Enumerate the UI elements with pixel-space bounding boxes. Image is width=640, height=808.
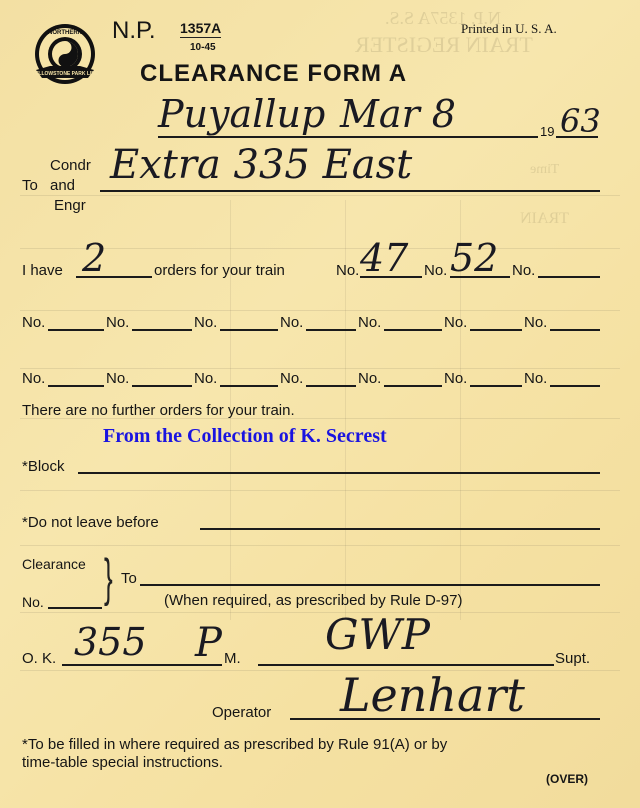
order-field[interactable] [48, 329, 104, 331]
northern-pacific-logo-icon: YELLOWSTONE PARK LINE NORTHERN [30, 22, 100, 92]
station-date-line [158, 136, 538, 138]
form-number: 1357A [180, 20, 221, 38]
date-value[interactable]: Mar 8 [340, 92, 456, 136]
ok-time-line [62, 664, 222, 666]
block-label: *Block [22, 458, 65, 475]
year-value[interactable]: 63 [560, 102, 601, 140]
order-field[interactable] [220, 329, 278, 331]
supt-line [258, 664, 554, 666]
operator-label: Operator [212, 704, 271, 721]
order-field[interactable] [470, 385, 522, 387]
no-label: No. [424, 262, 447, 279]
clearance-form-paper: N.P. 1357A S.S. TRAIN REGISTER TRAIN Tim… [0, 0, 640, 808]
ok-label: O. K. [22, 650, 56, 667]
ok-time-value[interactable]: 355 [74, 620, 147, 664]
form-revision: 10-45 [190, 42, 216, 53]
to-label: To [22, 177, 38, 194]
order-number-1-line [360, 276, 422, 278]
no-label: No. [358, 314, 381, 331]
rule-d97-note: (When required, as prescribed by Rule D-… [164, 592, 462, 609]
no-label: No. [106, 314, 129, 331]
addressee-value[interactable]: Extra 335 East [110, 142, 412, 188]
no-label: No. [194, 370, 217, 387]
no-label: No. [358, 370, 381, 387]
svg-text:NORTHERN: NORTHERN [48, 30, 82, 36]
footnote-line-2: time-table special instructions. [22, 754, 223, 771]
no-label: No. [336, 262, 359, 279]
engr-label: Engr [54, 197, 86, 214]
collection-watermark: From the Collection of K. Secrest [103, 425, 387, 448]
order-field[interactable] [220, 385, 278, 387]
order-field[interactable] [306, 329, 356, 331]
order-number-1[interactable]: 47 [360, 236, 408, 280]
operator-line [290, 718, 600, 720]
ok-pm-value[interactable]: P [195, 620, 222, 666]
order-field[interactable] [550, 385, 600, 387]
no-label: No. [524, 314, 547, 331]
do-not-leave-label: *Do not leave before [22, 514, 159, 531]
no-label: No. [22, 370, 45, 387]
order-count-value[interactable]: 2 [82, 236, 106, 280]
order-number-3-line[interactable] [538, 276, 600, 278]
order-field[interactable] [384, 385, 442, 387]
order-field[interactable] [550, 329, 600, 331]
form-title: CLEARANCE FORM A [140, 60, 407, 88]
year-prefix: 19 [540, 124, 554, 139]
clearance-no-field[interactable] [48, 607, 102, 609]
clearance-to-label: To [121, 570, 137, 587]
brace-icon: } [104, 548, 113, 608]
no-label: No. [22, 314, 45, 331]
no-label: No. [194, 314, 217, 331]
order-field[interactable] [132, 329, 192, 331]
order-number-2[interactable]: 52 [450, 236, 498, 280]
no-label: No. [524, 370, 547, 387]
no-further-orders-text: There are no further orders for your tra… [22, 402, 295, 419]
supt-initials-value[interactable]: GWP [325, 610, 430, 659]
order-number-2-line [450, 276, 510, 278]
year-line [556, 136, 598, 138]
printed-in-usa: Printed in U. S. A. [461, 21, 557, 37]
show-through-text: TRAIN [520, 210, 569, 228]
orders-for-label: orders for your train [154, 262, 285, 279]
footnote-line-1: *To be filled in where required as presc… [22, 736, 447, 753]
np-prefix: N.P. [112, 17, 156, 45]
station-value[interactable]: Puyallup [158, 92, 325, 136]
order-field[interactable] [384, 329, 442, 331]
and-label: and [50, 177, 75, 194]
no-label: No. [280, 370, 303, 387]
operator-signature[interactable]: Lenhart [340, 668, 525, 722]
clearance-no-label: No. [22, 594, 44, 610]
no-label: No. [444, 314, 467, 331]
no-label: No. [444, 370, 467, 387]
over-label: (OVER) [546, 772, 588, 786]
addressee-line [100, 190, 600, 192]
i-have-label: I have [22, 262, 63, 279]
no-label: No. [106, 370, 129, 387]
order-field[interactable] [306, 385, 356, 387]
show-through-text: Time [530, 162, 559, 178]
order-field[interactable] [48, 385, 104, 387]
supt-label: Supt. [555, 650, 590, 667]
order-field[interactable] [132, 385, 192, 387]
order-field[interactable] [470, 329, 522, 331]
order-count-line [76, 276, 152, 278]
block-field[interactable] [78, 472, 600, 474]
condr-label: Condr [50, 157, 91, 174]
do-not-leave-field[interactable] [200, 528, 600, 530]
no-label: No. [512, 262, 535, 279]
m-label: M. [224, 650, 241, 667]
clearance-label: Clearance [22, 556, 86, 572]
svg-text:YELLOWSTONE PARK LINE: YELLOWSTONE PARK LINE [32, 71, 99, 77]
no-label: No. [280, 314, 303, 331]
clearance-to-field[interactable] [140, 584, 600, 586]
